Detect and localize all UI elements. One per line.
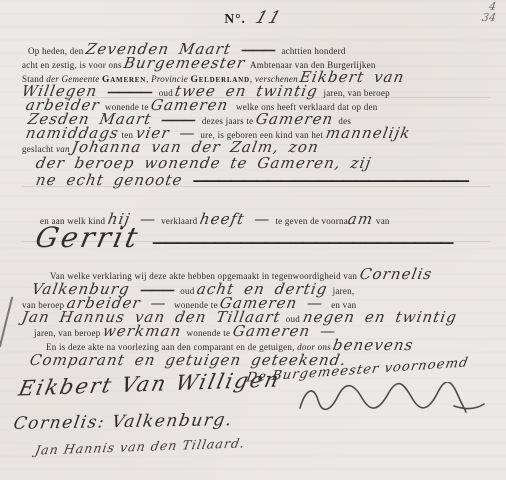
handwritten-rule: ———————————————————————— [152, 233, 452, 251]
number-label: N°. [224, 11, 246, 26]
witness1-signature: Cornelis: Valkenburg. [12, 410, 234, 434]
handwritten-fill: der beroep wonende te Gameren, zij [34, 154, 373, 172]
faint-ruled-line [22, 241, 490, 242]
burgemeester-signature-scribble [296, 382, 486, 418]
act-number-heading: N°. 11 [0, 8, 506, 28]
margin-ink-stroke [0, 297, 13, 348]
document-line: Gerrit ———————————————————————— [22, 221, 494, 254]
faint-ruled-line [22, 186, 490, 187]
printed-text-italic: van [56, 144, 72, 154]
document-line: ne echt genoote —————————————————————— [22, 171, 494, 190]
handwritten-name-large: Gerrit [32, 221, 155, 254]
act-number-handwritten: 11 [253, 8, 285, 28]
declarant-signature: Eikbert Van Willigen [16, 367, 282, 400]
printed-text: geslacht [22, 144, 56, 154]
witness2-signature: Jan Hannis van den Tillaard. [34, 435, 247, 457]
scanned-birth-record-page: 4 34 N°. 11 Op heden, den Zevenden Maart… [0, 0, 506, 480]
faint-ruled-line [22, 97, 490, 98]
